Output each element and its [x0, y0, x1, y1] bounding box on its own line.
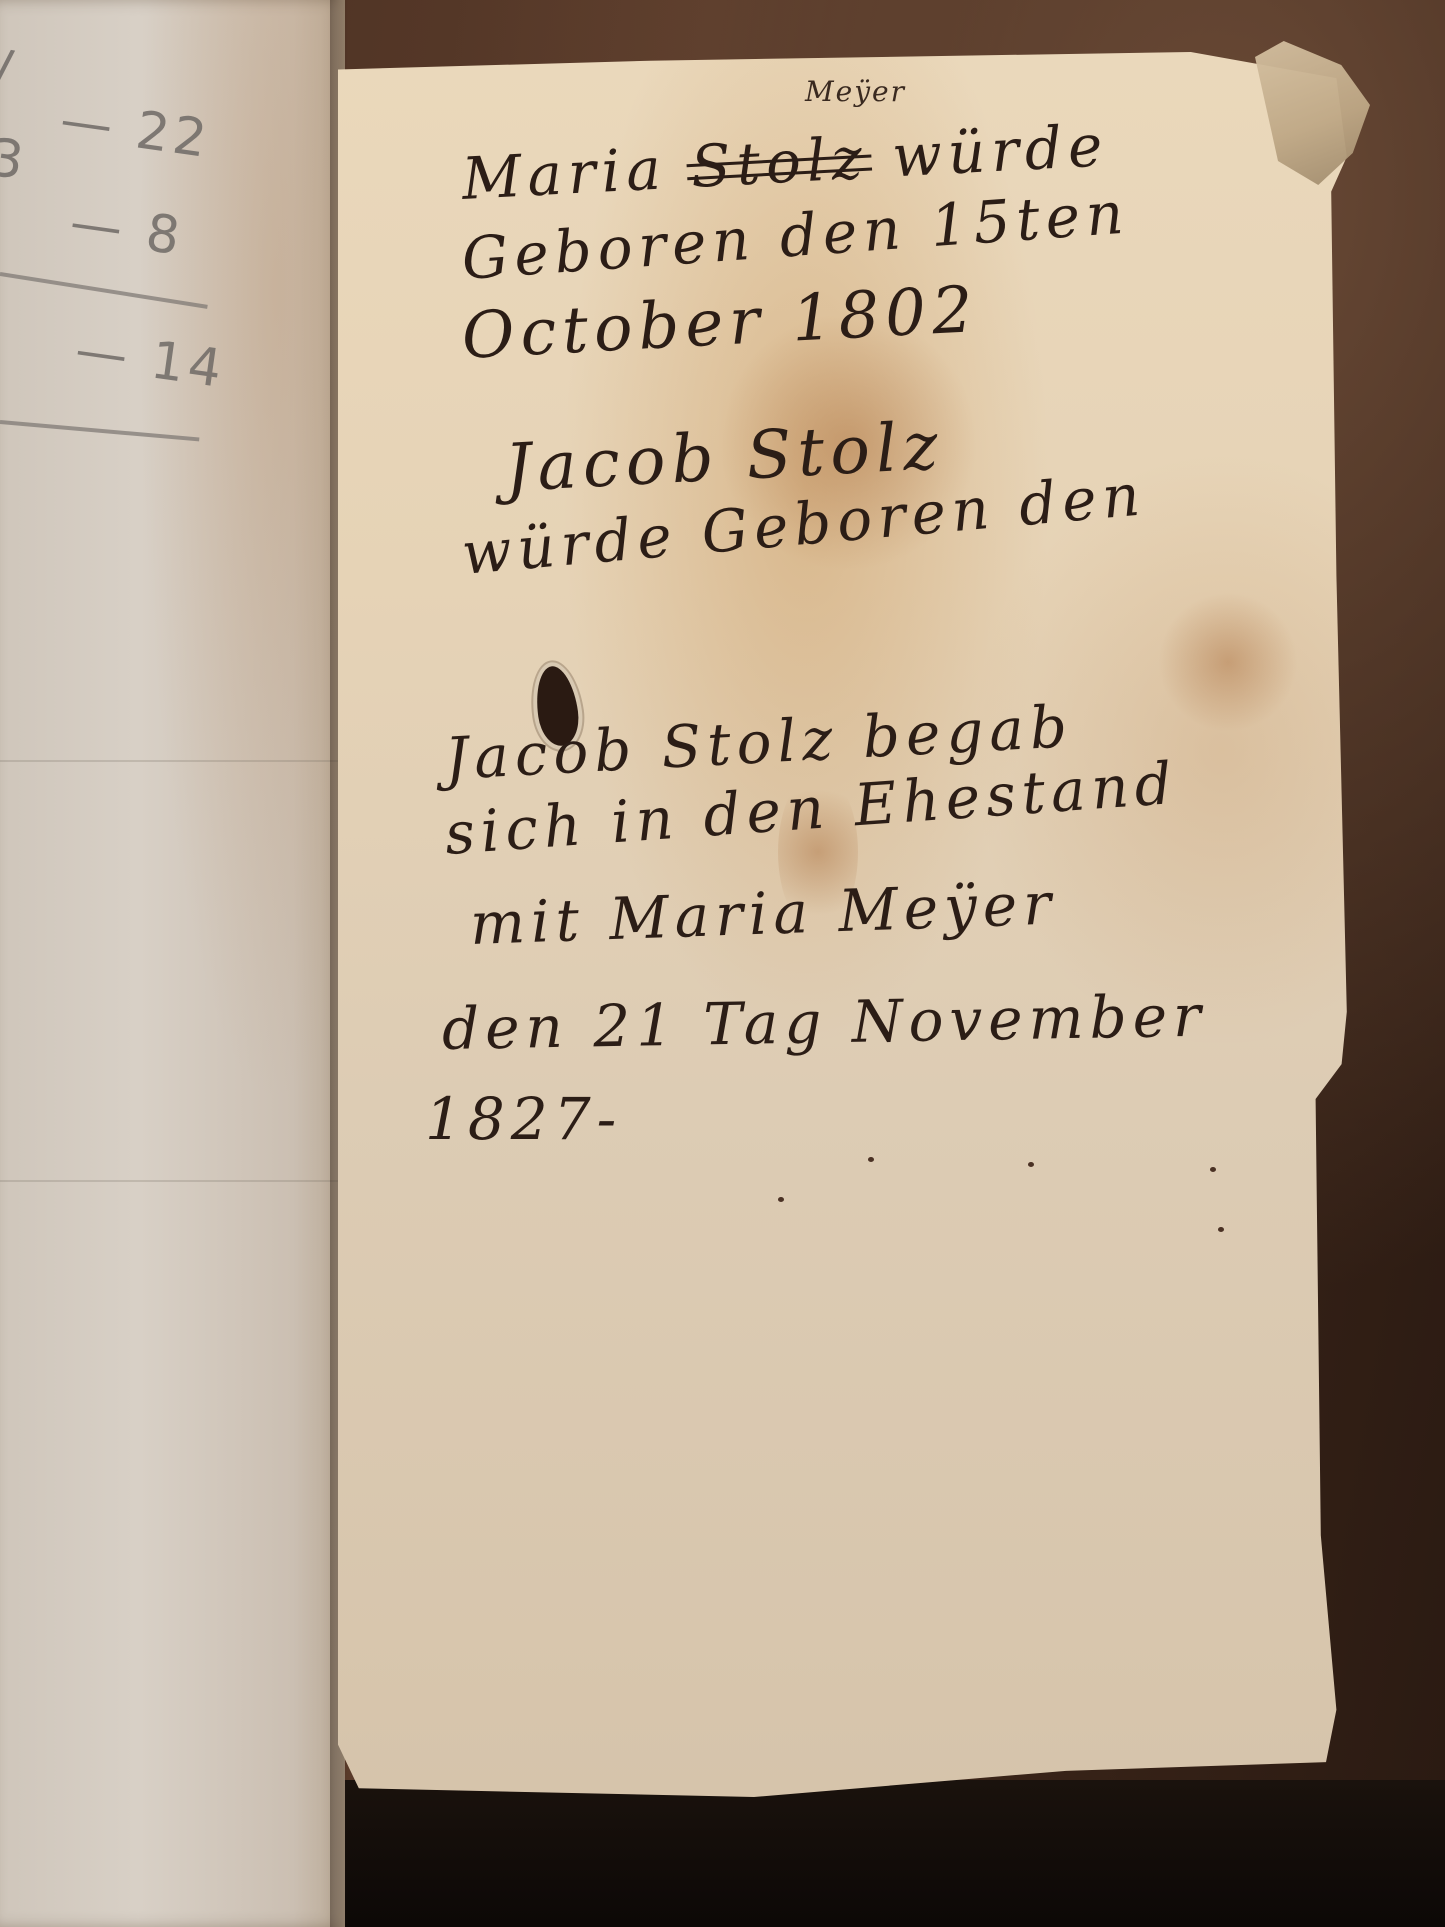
ink-speck	[778, 1197, 784, 1202]
paper-crease	[0, 1180, 345, 1182]
given-name: Maria	[460, 134, 668, 213]
ink-speck	[868, 1157, 874, 1162]
water-stain	[1158, 592, 1298, 732]
ink-speck	[1218, 1227, 1224, 1232]
pencil-mark-three: 3	[0, 128, 31, 193]
struck-surname: Stolz	[689, 124, 869, 201]
shadow-below-page	[330, 1780, 1445, 1927]
left-page: / 3 — 22 — 8 — 14	[0, 0, 345, 1927]
pencil-result: — 14	[72, 320, 230, 400]
pencil-subtrahend: — 8	[66, 192, 187, 267]
verb: würde	[890, 111, 1109, 190]
pencil-sum-rule	[0, 272, 208, 309]
pencil-minuend: — 22	[57, 90, 215, 170]
ink-speck	[1028, 1162, 1034, 1167]
paper-crease	[0, 760, 345, 762]
entry-3-line-5: 1827-	[425, 1085, 622, 1153]
correction-surname: Meÿer	[805, 75, 906, 108]
pencil-underline	[0, 420, 199, 441]
entry-3-line-4: den 21 Tag November	[441, 982, 1207, 1063]
ink-speck	[1210, 1167, 1216, 1172]
pencil-mark-slash: /	[0, 39, 21, 102]
